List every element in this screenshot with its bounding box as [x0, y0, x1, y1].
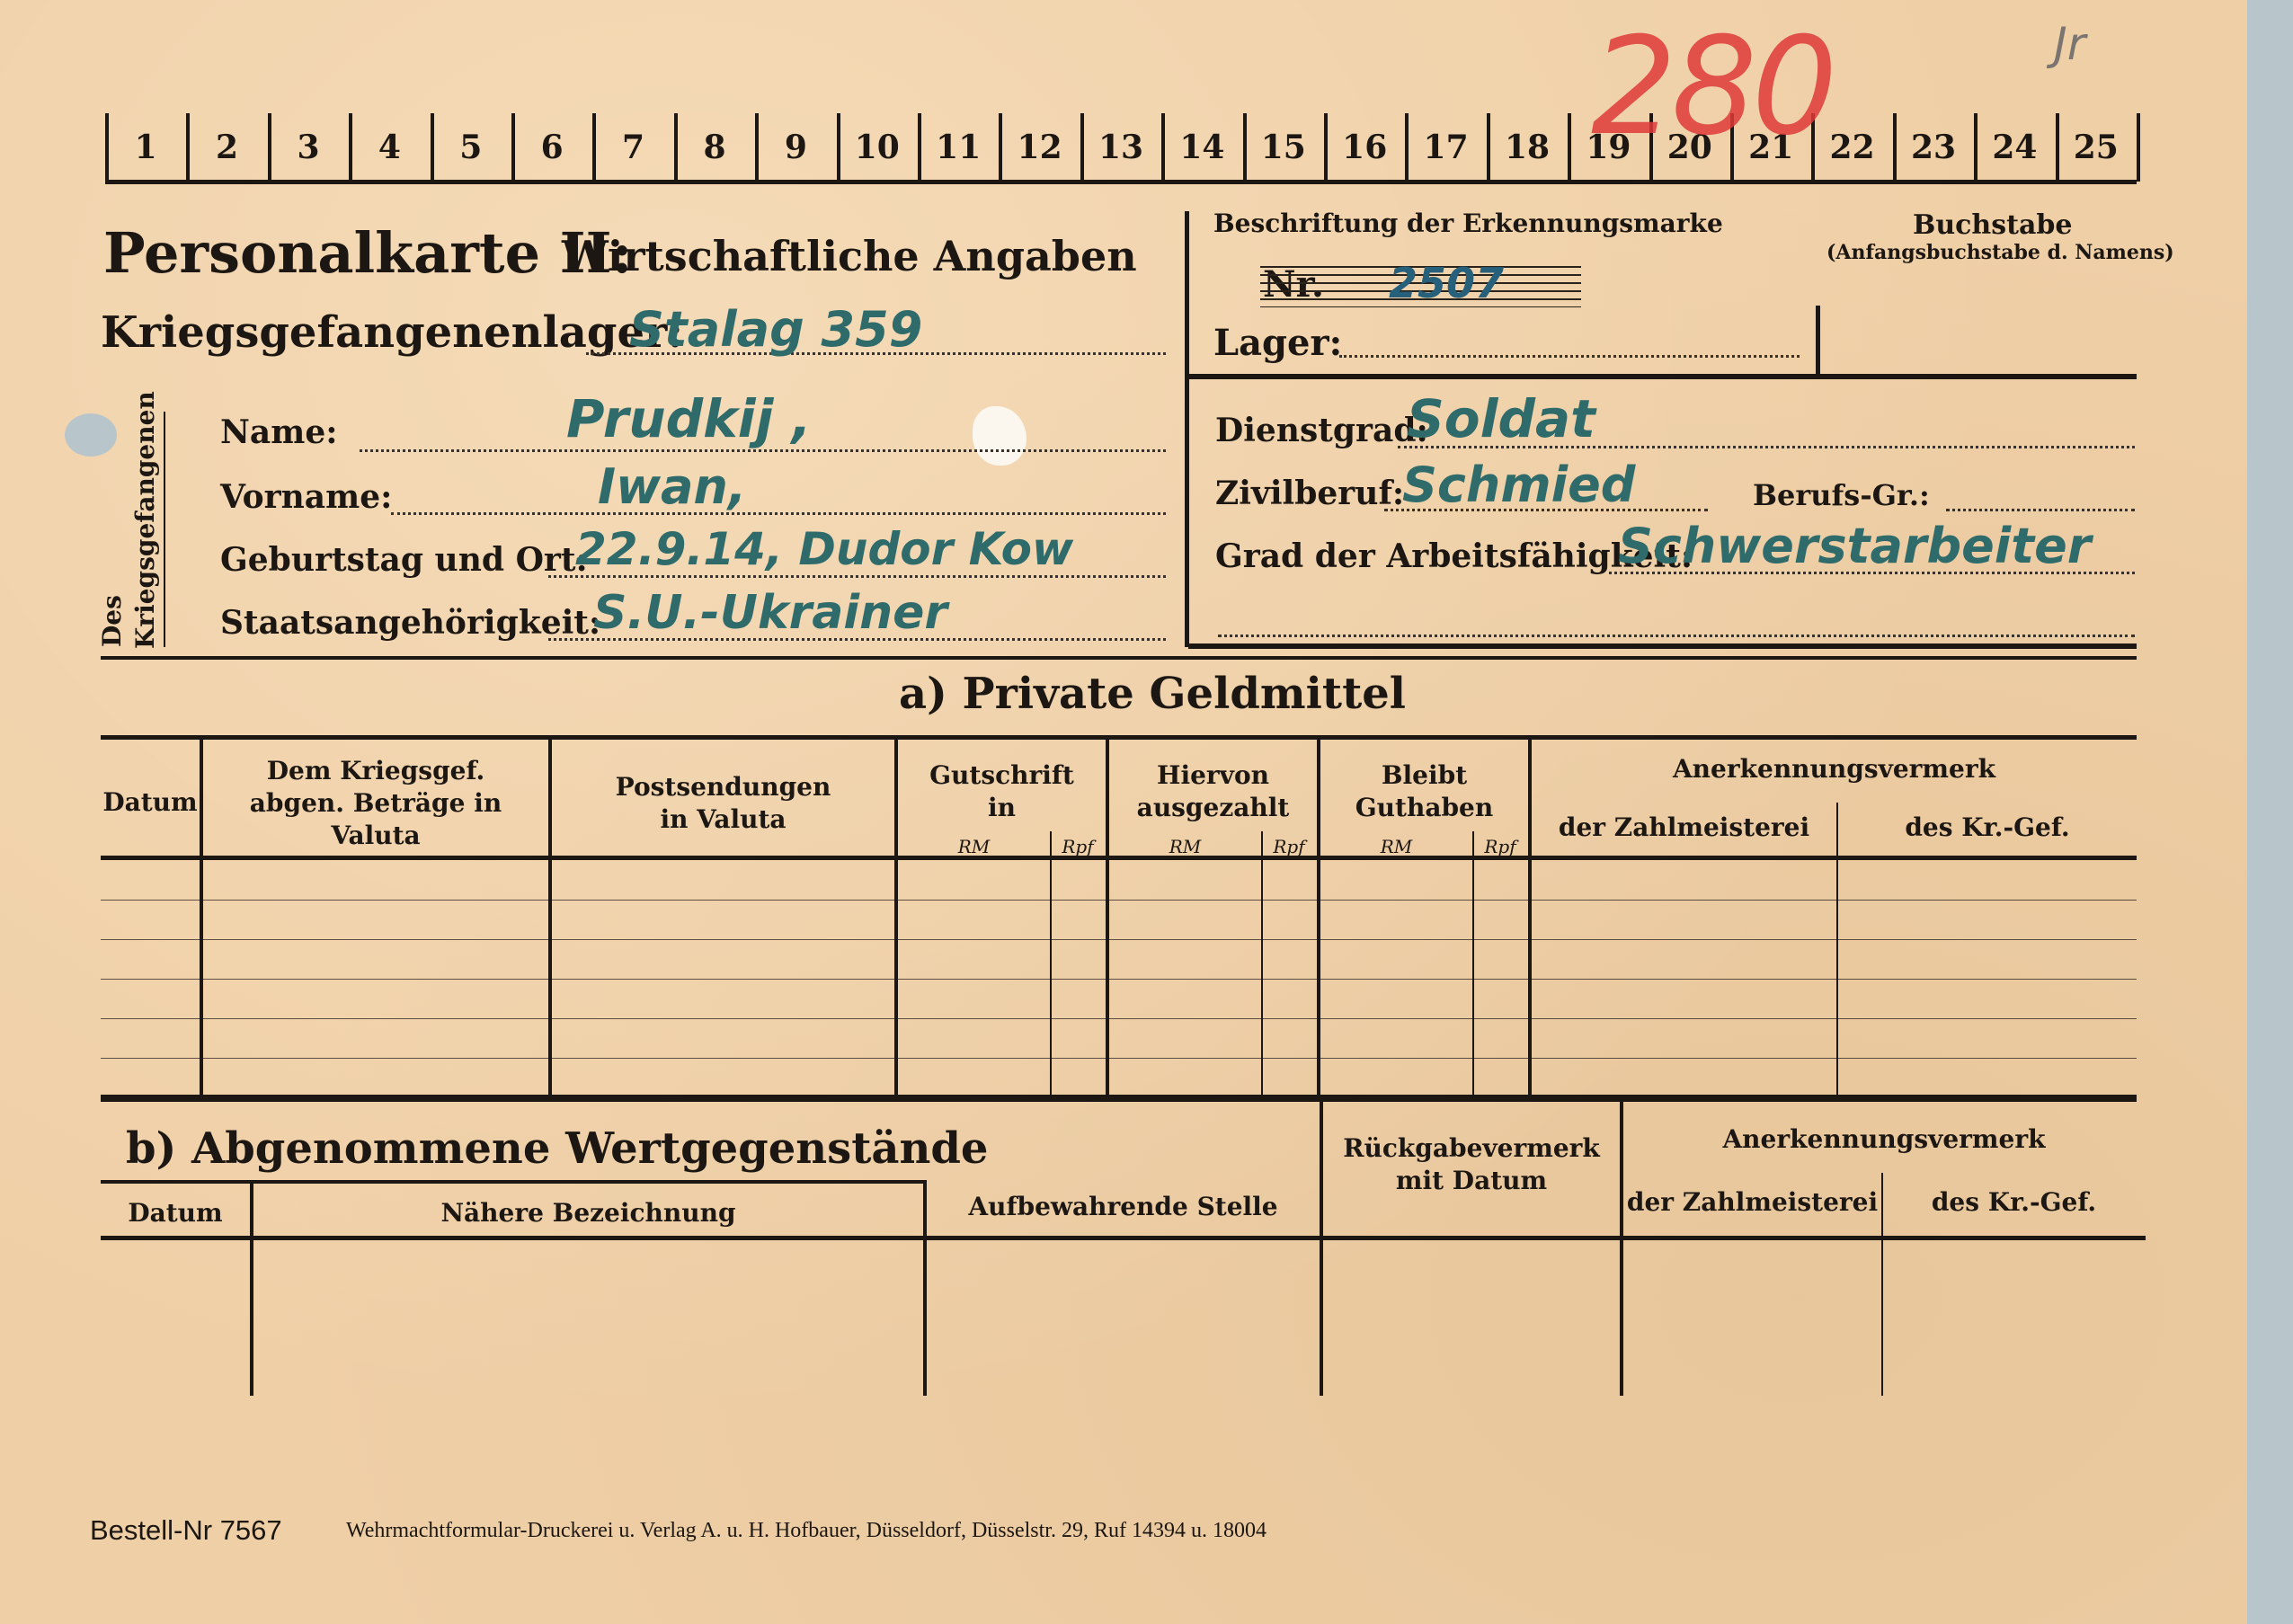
number-strip-cell: 2 [186, 113, 267, 182]
a-header-betraege: Dem Kriegsgef.abgen. Beträge inValuta [203, 755, 548, 852]
fitness-value[interactable]: Schwerstarbeiter [1618, 518, 2091, 574]
number-strip-divider [1487, 113, 1490, 182]
table-row[interactable] [101, 1058, 2137, 1096]
a-rm-label: RM [1320, 836, 1472, 857]
tag-lager-label: Lager: [1213, 322, 1342, 364]
number-strip-divider [431, 113, 434, 182]
job-value[interactable]: Schmied [1402, 457, 1635, 513]
birth-value[interactable]: 22.9.14, Dudor Kow [575, 523, 1073, 575]
number-strip-divider [1324, 113, 1328, 182]
top-center-divider [1185, 211, 1189, 647]
table-row[interactable] [101, 900, 2137, 938]
section-a-bottom-rule [101, 1095, 2137, 1102]
a-header-datum: Datum [101, 786, 200, 819]
side-label-kriegsgefangenen: Kriegsgefangenen [130, 391, 160, 649]
b-header-krgef: des Kr.-Gef. [1883, 1186, 2145, 1219]
a-header-guthaben: BleibtGuthaben [1320, 759, 1528, 824]
section-b-title: b) Abgenommene Wertgegenstände [126, 1123, 988, 1174]
paper-tear [973, 406, 1027, 466]
number-strip-cell: 17 [1405, 113, 1486, 182]
a-header-zahlmeisterei: der Zahlmeisterei [1532, 812, 1836, 844]
number-strip-cell: 14 [1161, 113, 1242, 182]
a-header-anerkennung: Anerkennungsvermerk [1532, 753, 2137, 785]
number-strip-cell: 24 [1974, 113, 2055, 182]
birth-line [548, 575, 1166, 578]
letter-heading: Buchstabe [1913, 209, 2073, 241]
number-strip-divider [837, 113, 840, 182]
job-label: Zivilberuf: [1215, 475, 1404, 512]
name-label: Name: [220, 413, 338, 451]
number-strip-cell: 6 [511, 113, 592, 182]
b-title-rule [101, 1180, 926, 1184]
number-strip-divider [105, 113, 109, 182]
section-a-title: a) Private Geldmittel [899, 669, 1406, 719]
number-strip-divider [592, 113, 596, 182]
name-line [360, 449, 1166, 452]
number-strip-divider [1974, 113, 1977, 182]
camp-value[interactable]: Stalag 359 [629, 301, 922, 358]
b-header-rueckgabe: Rückgabevermerkmit Datum [1323, 1132, 1620, 1197]
table-row[interactable] [101, 860, 2137, 899]
card-title: Personalkarte II: [103, 220, 633, 286]
number-strip-cell: 4 [349, 113, 430, 182]
a-rpf-label: Rpf [1472, 836, 1528, 857]
number-strip-cell: 12 [999, 113, 1080, 182]
number-strip-divider [1243, 113, 1247, 182]
upper-section-rule [101, 656, 2137, 660]
red-number-annotation: 280 [1591, 9, 1832, 165]
a-rpf-label: Rpf [1050, 836, 1106, 857]
tag-heading: Beschriftung der Erkennungsmarke [1213, 209, 1723, 238]
jobgroup-line[interactable] [1946, 509, 2135, 511]
number-strip-divider [918, 113, 921, 182]
a-header-gutschrift: Gutschriftin [898, 759, 1106, 824]
number-strip-cell: 8 [674, 113, 755, 182]
number-strip-divider [2056, 113, 2059, 182]
number-strip-divider [755, 113, 759, 182]
b-header-stelle: Aufbewahrende Stelle [927, 1191, 1320, 1223]
extra-line[interactable] [1218, 635, 2135, 637]
personnel-card: 1234567891011121314151617181920212223242… [0, 0, 2247, 1624]
a-header-post: Postsendungenin Valuta [552, 771, 894, 836]
table-row[interactable] [101, 979, 2137, 1017]
b-bezeichnung-cell[interactable] [253, 1240, 923, 1393]
letter-subheading: (Anfangsbuchstabe d. Namens) [1826, 241, 2174, 264]
number-strip-divider [186, 113, 190, 182]
firstname-value[interactable]: Iwan, [598, 458, 746, 515]
a-rpf-label: Rpf [1261, 836, 1317, 857]
number-strip-cell: 15 [1243, 113, 1324, 182]
number-strip-cell: 23 [1893, 113, 1974, 182]
number-strip-cell: 7 [592, 113, 673, 182]
b-stelle-cell[interactable] [927, 1240, 1320, 1393]
card-subtitle: Wirtschaftliche Angaben [562, 232, 1137, 280]
number-strip-divider [1893, 113, 1897, 182]
number-strip-divider [2137, 113, 2140, 182]
jobgroup-label: Berufs-Gr.: [1753, 478, 1930, 512]
tag-lager-line[interactable] [1339, 355, 1800, 358]
a-rm-label: RM [898, 836, 1050, 857]
number-strip-cell: 9 [755, 113, 836, 182]
a-header-ausgezahlt: Hiervonausgezahlt [1109, 759, 1317, 824]
tag-nr-value[interactable]: 2507 [1389, 259, 1504, 307]
order-number: Bestell-Nr 7567 [90, 1514, 282, 1547]
number-strip-cell: 3 [268, 113, 349, 182]
strip-bottom-rule [105, 180, 2137, 184]
number-strip-divider [349, 113, 352, 182]
section-a-top-rule [101, 735, 2137, 740]
a-header-krgef: des Kr.-Gef. [1838, 812, 2137, 844]
number-strip-cell: 1 [105, 113, 186, 182]
number-strip-cell: 11 [918, 113, 999, 182]
service-bottom-rule [1188, 643, 2137, 649]
table-row[interactable] [101, 1018, 2137, 1057]
number-strip-divider [1080, 113, 1084, 182]
number-strip-cell: 18 [1487, 113, 1568, 182]
printer-imprint: Wehrmachtformular-Druckerei u. Verlag A.… [346, 1519, 1266, 1543]
rank-value[interactable]: Soldat [1407, 388, 1595, 449]
number-strip-cell: 10 [837, 113, 918, 182]
citizenship-value[interactable]: S.U.-Ukrainer [593, 586, 947, 640]
number-strip-divider [674, 113, 678, 182]
punch-hole [65, 413, 117, 457]
number-strip-divider [1405, 113, 1409, 182]
firstname-line [391, 512, 1166, 515]
number-strip-cell: 16 [1324, 113, 1405, 182]
a-rm-label: RM [1109, 836, 1261, 857]
pencil-annotation: Jr [2054, 18, 2085, 70]
b-header-datum: Datum [101, 1197, 250, 1229]
number-strip-divider [999, 113, 1002, 182]
table-row[interactable] [101, 939, 2137, 978]
b-header-zahlmeisterei: der Zahlmeisterei [1623, 1186, 1881, 1219]
number-strip-divider [1161, 113, 1165, 182]
camp-label: Kriegsgefangenenlager: [101, 307, 683, 358]
number-strip-cell: 5 [431, 113, 511, 182]
number-strip-divider [1568, 113, 1571, 182]
number-strip-divider [511, 113, 515, 182]
letter-divider [1816, 306, 1820, 376]
number-strip-cell: 25 [2056, 113, 2137, 182]
side-divider [164, 412, 165, 647]
b-header-anerkennung: Anerkennungsvermerk [1623, 1123, 2145, 1156]
citizenship-label: Staatsangehörigkeit: [220, 604, 600, 642]
name-value[interactable]: Prudkij , [566, 388, 812, 449]
number-strip-divider [268, 113, 271, 182]
rank-label: Dienstgrad: [1215, 412, 1428, 449]
birth-label: Geburtstag und Ort: [220, 541, 588, 579]
side-label-des: Des [97, 595, 127, 647]
tag-bottom-rule [1188, 374, 2137, 379]
b-header-bezeichnung: Nähere Bezeichnung [253, 1197, 923, 1229]
number-strip-cell: 13 [1080, 113, 1161, 182]
firstname-label: Vorname: [220, 478, 392, 516]
